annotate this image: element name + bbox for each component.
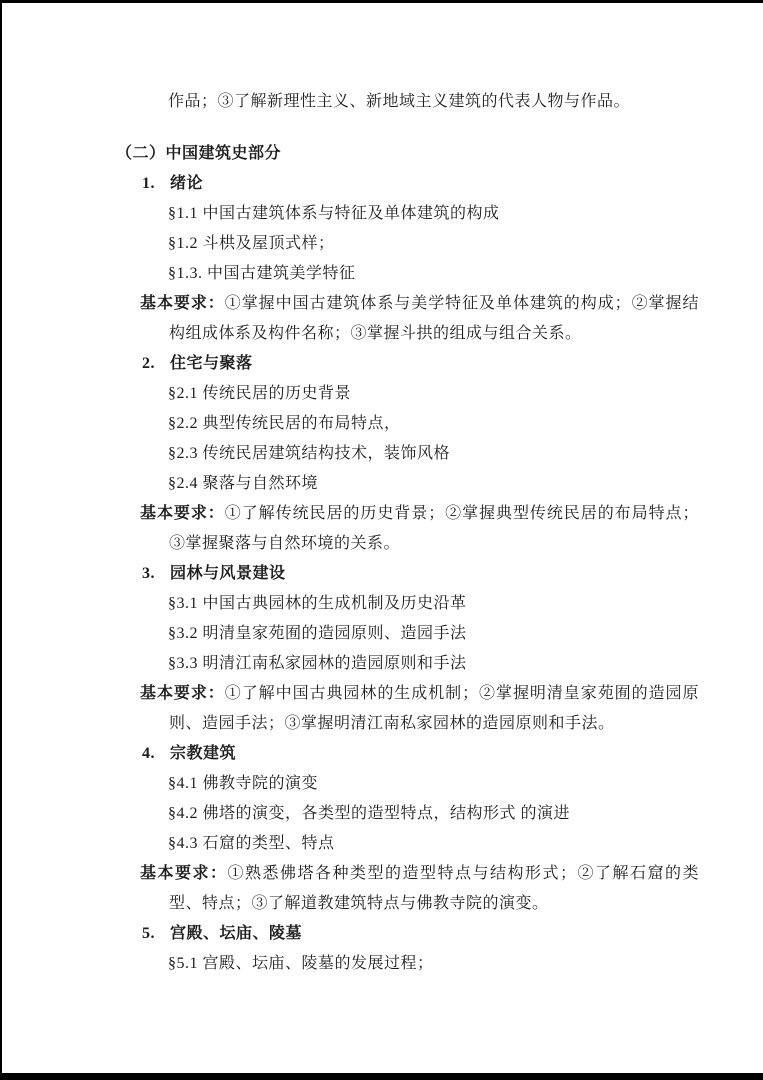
- requirement-text: ①熟悉佛塔各种类型的造型特点与结构形式；②了解石窟的类型、特点；③了解道教建筑特…: [169, 865, 699, 912]
- section-heading: 3.园林与风景建设: [142, 559, 723, 589]
- subsection-line: §2.1 传统民居的历史背景: [168, 379, 723, 409]
- requirement-paragraph: 基本要求：①掌握中国古建筑体系与美学特征及单体建筑的构成；②掌握结构组成体系及构…: [140, 289, 699, 349]
- requirement-label: 基本要求：: [140, 295, 225, 312]
- section-heading: 5.宫殿、坛庙、陵墓: [142, 919, 723, 949]
- section-title: 住宅与聚落: [170, 355, 253, 372]
- section-heading: 1.绪论: [142, 169, 723, 199]
- section-number: 2.: [142, 349, 170, 379]
- subsection-line: §4.1 佛教寺院的演变: [168, 769, 723, 799]
- requirement-paragraph: 基本要求：①熟悉佛塔各种类型的造型特点与结构形式；②了解石窟的类型、特点；③了解…: [140, 859, 699, 919]
- subsection-line: §3.3 明清江南私家园林的造园原则和手法: [168, 649, 723, 679]
- requirement-text: ①掌握中国古建筑体系与美学特征及单体建筑的构成；②掌握结构组成体系及构件名称；③…: [169, 295, 699, 342]
- requirement-text: ①了解中国古典园林的生成机制；②掌握明清皇家苑囿的造园原则、造园手法；③掌握明清…: [169, 685, 699, 732]
- subsection-line: §5.1 宫殿、坛庙、陵墓的发展过程；: [168, 949, 723, 979]
- scanned-page-frame: 作品；③了解新理性主义、新地域主义建筑的代表人物与作品。（二）中国建筑史部分1.…: [0, 0, 763, 1080]
- section-title: 园林与风景建设: [170, 565, 286, 582]
- requirement-text: ①了解传统民居的历史背景；②掌握典型传统民居的布局特点；③掌握聚落与自然环境的关…: [169, 505, 699, 552]
- subsection-line: §3.1 中国古典园林的生成机制及历史沿革: [168, 589, 723, 619]
- requirement-paragraph: 基本要求：①了解中国古典园林的生成机制；②掌握明清皇家苑囿的造园原则、造园手法；…: [140, 679, 699, 739]
- requirement-label: 基本要求：: [140, 865, 228, 882]
- document-body: 作品；③了解新理性主义、新地域主义建筑的代表人物与作品。（二）中国建筑史部分1.…: [2, 3, 763, 979]
- subsection-line: §4.3 石窟的类型、特点: [168, 829, 723, 859]
- subsection-line: §1.3. 中国古建筑美学特征: [168, 259, 723, 289]
- section-number: 4.: [142, 739, 170, 769]
- requirement-label: 基本要求：: [140, 685, 225, 702]
- paragraph-continuation: 作品；③了解新理性主义、新地域主义建筑的代表人物与作品。: [168, 87, 723, 117]
- section-title: 宗教建筑: [170, 745, 236, 762]
- section-number: 5.: [142, 919, 170, 949]
- section-title: 宫殿、坛庙、陵墓: [170, 925, 302, 942]
- subsection-line: §2.4 聚落与自然环境: [168, 469, 723, 499]
- requirement-label: 基本要求：: [140, 505, 225, 522]
- section-heading: 2.住宅与聚落: [142, 349, 723, 379]
- requirement-paragraph: 基本要求：①了解传统民居的历史背景；②掌握典型传统民居的布局特点；③掌握聚落与自…: [140, 499, 699, 559]
- section-number: 3.: [142, 559, 170, 589]
- chapter-heading: （二）中国建筑史部分: [116, 139, 723, 169]
- subsection-line: §3.2 明清皇家苑囿的造园原则、造园手法: [168, 619, 723, 649]
- subsection-line: §2.2 典型传统民居的布局特点，: [168, 409, 723, 439]
- subsection-line: §4.2 佛塔的演变，各类型的造型特点，结构形式 的演进: [168, 799, 723, 829]
- subsection-line: §1.2 斗栱及屋顶式样；: [168, 229, 723, 259]
- section-title: 绪论: [170, 175, 203, 192]
- section-heading: 4.宗教建筑: [142, 739, 723, 769]
- subsection-line: §1.1 中国古建筑体系与特征及单体建筑的构成: [168, 199, 723, 229]
- subsection-line: §2.3 传统民居建筑结构技术，装饰风格: [168, 439, 723, 469]
- section-number: 1.: [142, 169, 170, 199]
